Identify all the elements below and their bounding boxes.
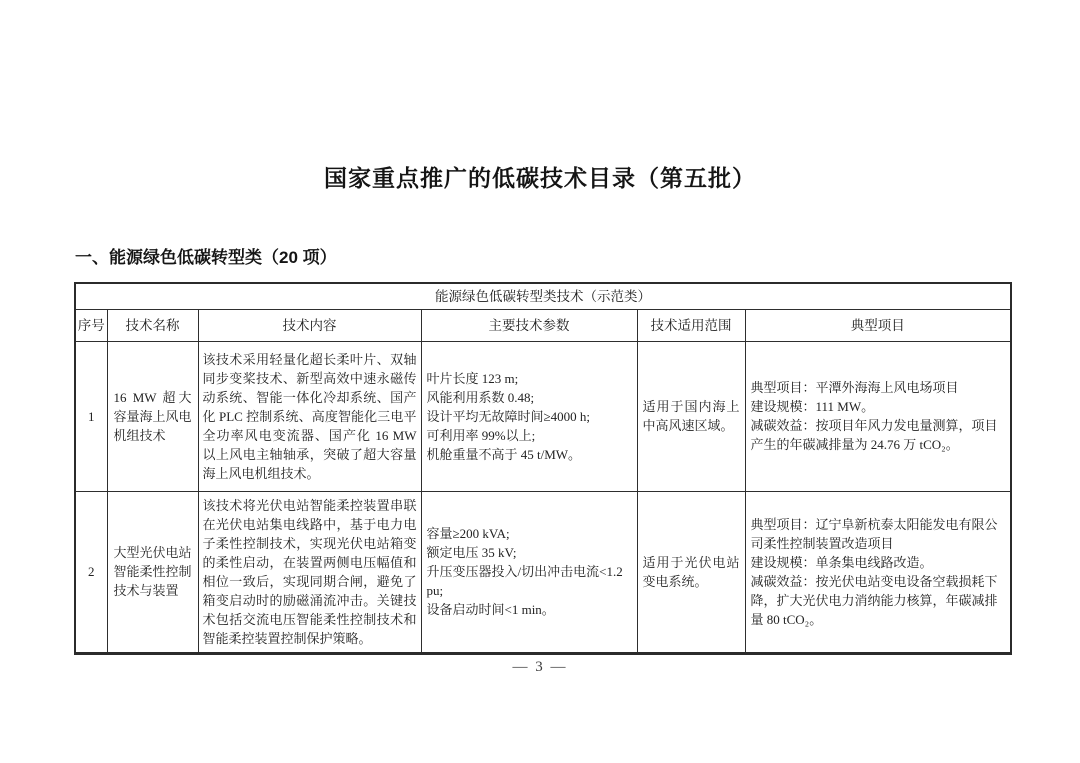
cell-technology-name: 大型光伏电站智能柔性控制技术与装置 [107,491,198,653]
cell-index: 2 [75,491,107,653]
cell-application-scope: 适用于国内海上中高风速区域。 [637,341,745,491]
cell-technical-parameters: 容量≥200 kVA;额定电压 35 kV;升压变压器投入/切出冲击电流<1.2… [421,491,637,653]
cell-application-scope: 适用于光伏电站变电系统。 [637,491,745,653]
cell-typical-project: 典型项目：平潭外海海上风电场项目建设规模：111 MW。减碳效益：按项目年风力发… [745,341,1011,491]
col-header-scope: 技术适用范围 [637,309,745,341]
section-heading: 一、能源绿色低碳转型类（20 项） [75,243,337,268]
cell-index: 1 [75,341,107,491]
table-row: 1 16 MW 超大容量海上风电机组技术 该技术采用轻量化超长柔叶片、双轴同步变… [75,341,1011,491]
col-header-parameters: 主要技术参数 [421,309,637,341]
col-header-project: 典型项目 [745,309,1011,341]
col-header-index: 序号 [75,309,107,341]
cell-technical-parameters: 叶片长度 123 m;风能利用系数 0.48;设计平均无故障时间≥4000 h;… [421,341,637,491]
table-group-header-row: 能源绿色低碳转型类技术（示范类） [75,283,1011,309]
cell-typical-project: 典型项目：辽宁阜新杭泰太阳能发电有限公司柔性控制装置改造项目建设规模：单条集电线… [745,491,1011,653]
cell-technology-content: 该技术将光伏电站智能柔控装置串联在光伏电站集电线路中，基于电力电子柔性控制技术，… [198,491,421,653]
technology-table: 能源绿色低碳转型类技术（示范类） 序号 技术名称 技术内容 主要技术参数 技术适… [74,282,1012,655]
document-title: 国家重点推广的低碳技术目录（第五批） [0,160,1080,193]
table-header-row: 序号 技术名称 技术内容 主要技术参数 技术适用范围 典型项目 [75,309,1011,341]
table-row: 2 大型光伏电站智能柔性控制技术与装置 该技术将光伏电站智能柔控装置串联在光伏电… [75,491,1011,653]
table-group-header: 能源绿色低碳转型类技术（示范类） [75,283,1011,309]
page-number: — 3 — [0,659,1080,676]
cell-technology-content: 该技术采用轻量化超长柔叶片、双轴同步变桨技术、新型高效中速永磁传动系统、智能一体… [198,341,421,491]
document-page: 国家重点推广的低碳技术目录（第五批） 一、能源绿色低碳转型类（20 项） 能源绿… [0,0,1080,763]
col-header-content: 技术内容 [198,309,421,341]
cell-technology-name: 16 MW 超大容量海上风电机组技术 [107,341,198,491]
col-header-name: 技术名称 [107,309,198,341]
